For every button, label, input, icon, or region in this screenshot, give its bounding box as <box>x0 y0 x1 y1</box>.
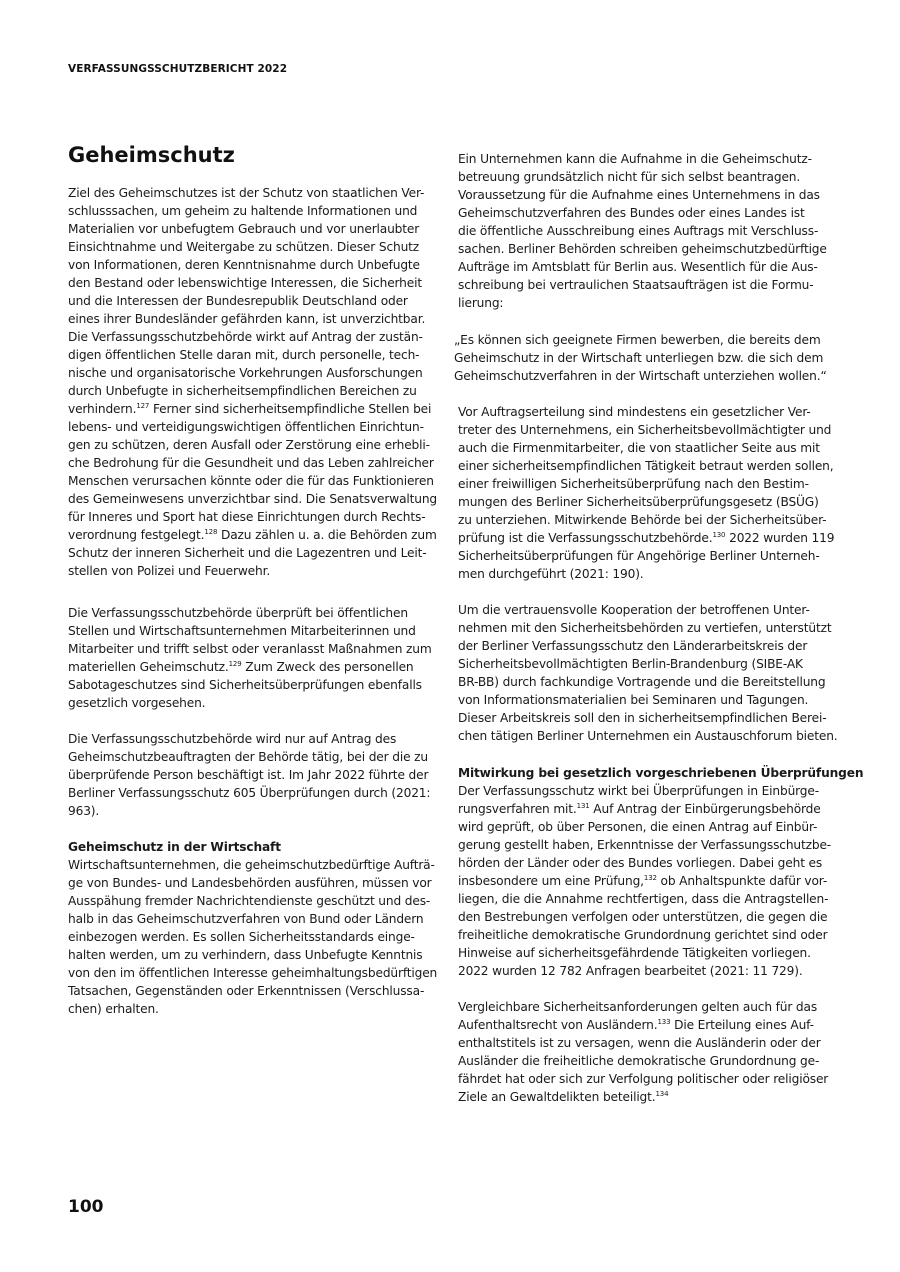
text-line: Ausländer die freiheitliche demokratisch… <box>458 1052 828 1070</box>
text-line: die öffentliche Ausschreibung eines Auft… <box>458 222 827 240</box>
text-line: Geheimschutz in der Wirtschaft unterlieg… <box>454 349 827 367</box>
footnote-reference[interactable]: 129 <box>229 660 242 668</box>
text-line: Tatsachen, Gegenständen oder Erkenntniss… <box>68 982 437 1000</box>
text-line: Sabotageschutzes sind Sicherheitsüberprü… <box>68 676 432 694</box>
text-line: Geheimschutzverfahren in der Wirtschaft … <box>454 367 827 385</box>
text-line: che Bedrohung für die Gesundheit und das… <box>68 454 437 472</box>
footnote-reference[interactable]: 128 <box>204 528 217 536</box>
section-economy: Geheimschutz in der Wirtschaft Wirtschaf… <box>68 838 437 1018</box>
text-line: halten werden, um zu verhindern, dass Un… <box>68 946 437 964</box>
text-line: stellen von Polizei und Feuerwehr. <box>68 562 437 580</box>
text-line: wird geprüft, ob über Personen, die eine… <box>458 818 863 836</box>
text-line: Einsichtnahme und Weitergabe zu schützen… <box>68 238 437 256</box>
text-line: des Gemeinwesens unverzichtbar sind. Die… <box>68 490 437 508</box>
text-line: eines ihrer Bundesländer gefährden kann,… <box>68 310 437 328</box>
text-line: verordnung festgelegt.128 Dazu zählen u.… <box>68 526 437 544</box>
paragraph-contract-checks: Vor Auftragserteilung sind mindestens ei… <box>458 403 834 583</box>
text-line: überprüfende Person beschäftigt ist. Im … <box>68 766 430 784</box>
text-line: gen zu schützen, deren Ausfall oder Zers… <box>68 436 437 454</box>
footnote-reference[interactable]: 130 <box>712 531 725 539</box>
text-line: Die Verfassungsschutzbehörde wirkt auf A… <box>68 328 437 346</box>
text-line: betreuung grundsätzlich nicht für sich s… <box>458 168 827 186</box>
text-line: Aufträge im Amtsblatt für Berlin aus. We… <box>458 258 827 276</box>
text-line: 963). <box>68 802 430 820</box>
text-line: Stellen und Wirtschaftsunternehmen Mitar… <box>68 622 432 640</box>
text-line: verhindern.127 Ferner sind sicherheitsem… <box>68 400 437 418</box>
footnote-reference[interactable]: 132 <box>644 874 657 882</box>
text-line: digen öffentlichen Stelle daran mit, dur… <box>68 346 437 364</box>
paragraph-cooperation: Um die vertrauensvolle Kooperation der b… <box>458 601 838 745</box>
text-line: Wirtschaftsunternehmen, die geheimschutz… <box>68 856 437 874</box>
text-line: sachen. Berliner Behörden schreiben gehe… <box>458 240 827 258</box>
paragraph-company-admission: Ein Unternehmen kann die Aufnahme in die… <box>458 150 827 312</box>
text-line: Menschen verursachen könnte oder die für… <box>68 472 437 490</box>
page-number: 100 <box>68 1197 104 1217</box>
quote-tender-wording: „Es können sich geeignete Firmen bewerbe… <box>454 331 827 385</box>
text-line: Die Verfassungsschutzbehörde wird nur au… <box>68 730 430 748</box>
footnote-reference[interactable]: 127 <box>136 402 149 410</box>
text-line: von den im öffentlichen Interesse geheim… <box>68 964 437 982</box>
text-line: Sicherheitsüberprüfungen für Angehörige … <box>458 547 834 565</box>
text-line: Die Verfassungsschutzbehörde überprüft b… <box>68 604 432 622</box>
text-line: men durchgeführt (2021: 190). <box>458 565 834 583</box>
text-line: ge von Bundes- und Landesbehörden ausfüh… <box>68 874 437 892</box>
text-line: Hinweise auf sicherheitsgefährdende Täti… <box>458 944 863 962</box>
text-line: schreibung bei vertraulichen Staatsauftr… <box>458 276 827 294</box>
text-line: nische und organisatorische Vorkehrungen… <box>68 364 437 382</box>
text-line: Ein Unternehmen kann die Aufnahme in die… <box>458 150 827 168</box>
text-line: Voraussetzung für die Aufnahme eines Unt… <box>458 186 827 204</box>
text-line: BR-BB) durch fachkundige Vortragende und… <box>458 673 838 691</box>
text-line: halb in das Geheimschutzverfahren von Bu… <box>68 910 437 928</box>
text-line: Dieser Arbeitskreis soll den in sicherhe… <box>458 709 838 727</box>
text-line: Berliner Verfassungsschutz 605 Überprüfu… <box>68 784 430 802</box>
text-line: schlusssachen, um geheim zu haltende Inf… <box>68 202 437 220</box>
text-line: lierung: <box>458 294 827 312</box>
text-line: Mitarbeiter und trifft selbst oder veran… <box>68 640 432 658</box>
text-line: einer sicherheitsempfindlichen Tätigkeit… <box>458 457 834 475</box>
text-line: Geheimschutzbeauftragten der Behörde tät… <box>68 748 430 766</box>
text-line: Schutz der inneren Sicherheit und die La… <box>68 544 437 562</box>
text-line: Vor Auftragserteilung sind mindestens ei… <box>458 403 834 421</box>
text-line: enthaltstitels ist zu versagen, wenn die… <box>458 1034 828 1052</box>
section-heading-economy: Geheimschutz in der Wirtschaft <box>68 838 437 856</box>
page-title: Geheimschutz <box>68 143 235 167</box>
text-line: fährdet hat oder sich zur Verfolgung pol… <box>458 1070 828 1088</box>
text-line: treter des Unternehmens, ein Sicherheits… <box>458 421 834 439</box>
paragraph-naturalization: Der Verfassungsschutz wirkt bei Überprüf… <box>458 782 863 980</box>
paragraph-intro: Ziel des Geheimschutzes ist der Schutz v… <box>68 184 437 580</box>
text-line: lebens- und verteidigungswichtigen öffen… <box>68 418 437 436</box>
text-line: chen tätigen Berliner Unternehmen ein Au… <box>458 727 838 745</box>
text-line: Der Verfassungsschutz wirkt bei Überprüf… <box>458 782 863 800</box>
text-line: Geheimschutzverfahren des Bundes oder ei… <box>458 204 827 222</box>
text-line: Ziele an Gewaltdelikten beteiligt.134 <box>458 1088 828 1106</box>
paragraph-checks-count: Die Verfassungsschutzbehörde wird nur au… <box>68 730 430 820</box>
text-line: einer freiwilligen Sicherheitsüberprüfun… <box>458 475 834 493</box>
text-line: prüfung ist die Verfassungsschutzbehörde… <box>458 529 834 547</box>
text-line: Ziel des Geheimschutzes ist der Schutz v… <box>68 184 437 202</box>
text-line: „Es können sich geeignete Firmen bewerbe… <box>454 331 827 349</box>
text-line: Aufenthaltsrecht von Ausländern.133 Die … <box>458 1016 828 1034</box>
text-line: durch Unbefugte in sicherheitsempfindlic… <box>68 382 437 400</box>
running-header: VERFASSUNGSSCHUTZBERICHT 2022 <box>68 63 287 75</box>
text-line: von Informationen, deren Kenntnisnahme d… <box>68 256 437 274</box>
text-line: den Bestand oder lebenswichtige Interess… <box>68 274 437 292</box>
footnote-reference[interactable]: 134 <box>656 1090 669 1098</box>
text-line: materiellen Geheimschutz.129 Zum Zweck d… <box>68 658 432 676</box>
text-line: hörden der Länder oder des Bundes vorlie… <box>458 854 863 872</box>
text-line: Materialien vor unbefugtem Gebrauch und … <box>68 220 437 238</box>
paragraph-personnel-checks: Die Verfassungsschutzbehörde überprüft b… <box>68 604 432 712</box>
text-line: der Berliner Verfassungsschutz den Lände… <box>458 637 838 655</box>
text-line: gesetzlich vorgesehen. <box>68 694 432 712</box>
text-line: liegen, die die Annahme rechtfertigen, d… <box>458 890 863 908</box>
text-line: chen) erhalten. <box>68 1000 437 1018</box>
text-line: freiheitliche demokratische Grundordnung… <box>458 926 863 944</box>
text-line: nehmen mit den Sicherheitsbehörden zu ve… <box>458 619 838 637</box>
text-line: einbezogen werden. Es sollen Sicherheits… <box>68 928 437 946</box>
text-line: Um die vertrauensvolle Kooperation der b… <box>458 601 838 619</box>
text-line: Ausspähung fremder Nachrichtendienste ge… <box>68 892 437 910</box>
text-line: 2022 wurden 12 782 Anfragen bearbeitet (… <box>458 962 863 980</box>
paragraph-economy: Wirtschaftsunternehmen, die geheimschutz… <box>68 856 437 1018</box>
text-line: von Informationsmaterialien bei Seminare… <box>458 691 838 709</box>
text-line: und die Interessen der Bundesrepublik De… <box>68 292 437 310</box>
section-heading-naturalization: Mitwirkung bei gesetzlich vorgeschrieben… <box>458 764 863 782</box>
footnote-reference[interactable]: 133 <box>657 1018 670 1026</box>
text-line: Sicherheitsbevollmächtigten Berlin-Brand… <box>458 655 838 673</box>
footnote-reference[interactable]: 131 <box>577 802 590 810</box>
text-line: Vergleichbare Sicherheitsanforderungen g… <box>458 998 828 1016</box>
section-naturalization: Mitwirkung bei gesetzlich vorgeschrieben… <box>458 764 863 980</box>
text-line: gerung gestellt haben, Erkenntnisse der … <box>458 836 863 854</box>
text-line: zu unterziehen. Mitwirkende Behörde bei … <box>458 511 834 529</box>
text-line: den Bestrebungen verfolgen oder unterstü… <box>458 908 863 926</box>
text-line: insbesondere um eine Prüfung,132 ob Anha… <box>458 872 863 890</box>
paragraph-residence: Vergleichbare Sicherheitsanforderungen g… <box>458 998 828 1106</box>
text-line: mungen des Berliner Sicherheitsüberprüfu… <box>458 493 834 511</box>
text-line: rungsverfahren mit.131 Auf Antrag der Ei… <box>458 800 863 818</box>
text-line: auch die Firmenmitarbeiter, die von staa… <box>458 439 834 457</box>
text-line: für Inneres und Sport hat diese Einricht… <box>68 508 437 526</box>
